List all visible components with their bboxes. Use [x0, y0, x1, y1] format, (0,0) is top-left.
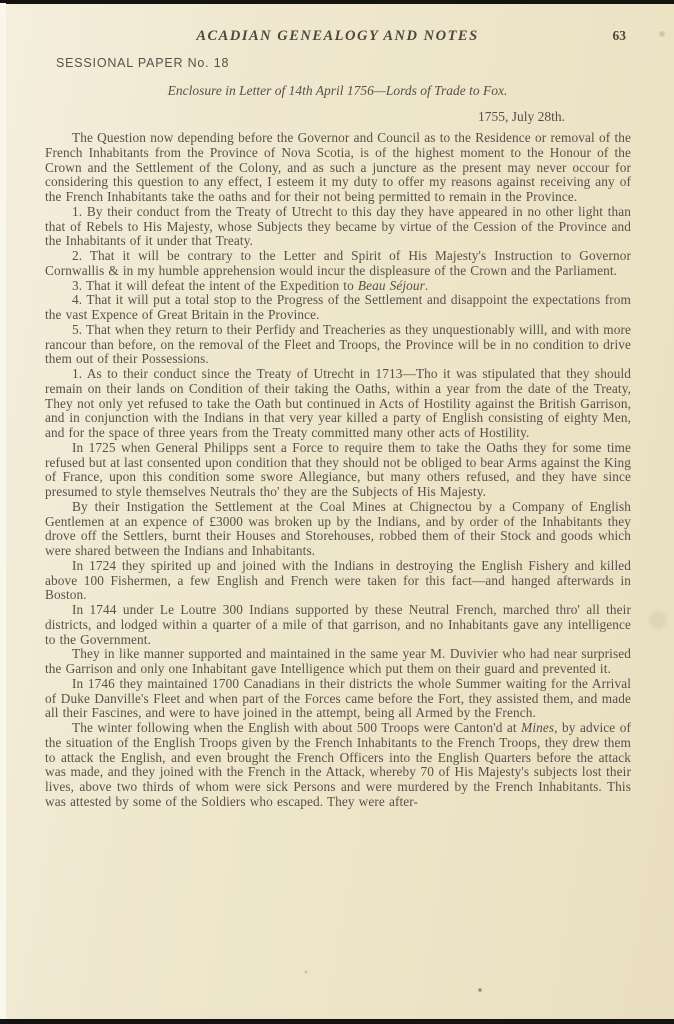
page-number: 63 [613, 28, 627, 44]
scan-edge-bottom [0, 1019, 674, 1024]
paragraph: They in like manner supported and mainta… [45, 647, 631, 677]
paragraph: 4. That it will put a total stop to the … [45, 293, 631, 323]
text-run: 3. That it will defeat the intent of the… [72, 278, 358, 293]
text-run: They in like manner supported and mainta… [45, 646, 631, 676]
paragraph: The winter following when the English wi… [45, 721, 631, 810]
page-header: ACADIAN GENEALOGY AND NOTES 63 [45, 28, 630, 46]
paragraph: In 1725 when General Philipps sent a For… [45, 441, 631, 500]
paragraph: 5. That when they return to their Perfid… [45, 323, 631, 367]
page-edge-strip [0, 3, 6, 1019]
scanned-page: ACADIAN GENEALOGY AND NOTES 63 SESSIONAL… [0, 0, 674, 1024]
text-run: 2. That it will be contrary to the Lette… [45, 248, 631, 278]
paragraph: By their Instigation the Settlement at t… [45, 500, 631, 559]
text-run: The Question now depending before the Go… [45, 130, 631, 204]
italic-text: Beau Séjour [358, 278, 425, 293]
text-run: 5. That when they return to their Perfid… [45, 322, 631, 367]
paragraph: 1. As to their conduct since the Treaty … [45, 367, 631, 441]
document-body: The Question now depending before the Go… [45, 131, 631, 810]
scan-edge-top [0, 0, 674, 4]
paragraph: In 1744 under Le Loutre 300 Indians supp… [45, 603, 631, 647]
text-run: In 1725 when General Philipps sent a For… [45, 440, 631, 499]
text-run: 4. That it will put a total stop to the … [45, 292, 631, 322]
text-run: The winter following when the English wi… [72, 720, 521, 735]
paragraph: The Question now depending before the Go… [45, 131, 631, 205]
text-run: 1. By their conduct from the Treaty of U… [45, 204, 631, 249]
sessional-paper-label: SESSIONAL PAPER No. 18 [56, 56, 229, 70]
paragraph: 3. That it will defeat the intent of the… [45, 279, 631, 294]
paragraph: In 1724 they spirited up and joined with… [45, 559, 631, 603]
italic-text: Mines [521, 720, 554, 735]
running-title: ACADIAN GENEALOGY AND NOTES [45, 28, 630, 45]
text-run: In 1746 they maintained 1700 Canadians i… [45, 676, 631, 721]
paragraph: 1. By their conduct from the Treaty of U… [45, 205, 631, 249]
text-run: In 1744 under Le Loutre 300 Indians supp… [45, 602, 631, 647]
date-line: 1755, July 28th. [45, 109, 565, 125]
text-run: By their Instigation the Settlement at t… [45, 499, 631, 558]
text-run: . [425, 278, 428, 293]
paragraph: 2. That it will be contrary to the Lette… [45, 249, 631, 279]
paragraph: In 1746 they maintained 1700 Canadians i… [45, 677, 631, 721]
text-run: 1. As to their conduct since the Treaty … [45, 366, 631, 440]
text-run: In 1724 they spirited up and joined with… [45, 558, 631, 603]
enclosure-heading: Enclosure in Letter of 14th April 1756—L… [45, 83, 630, 99]
